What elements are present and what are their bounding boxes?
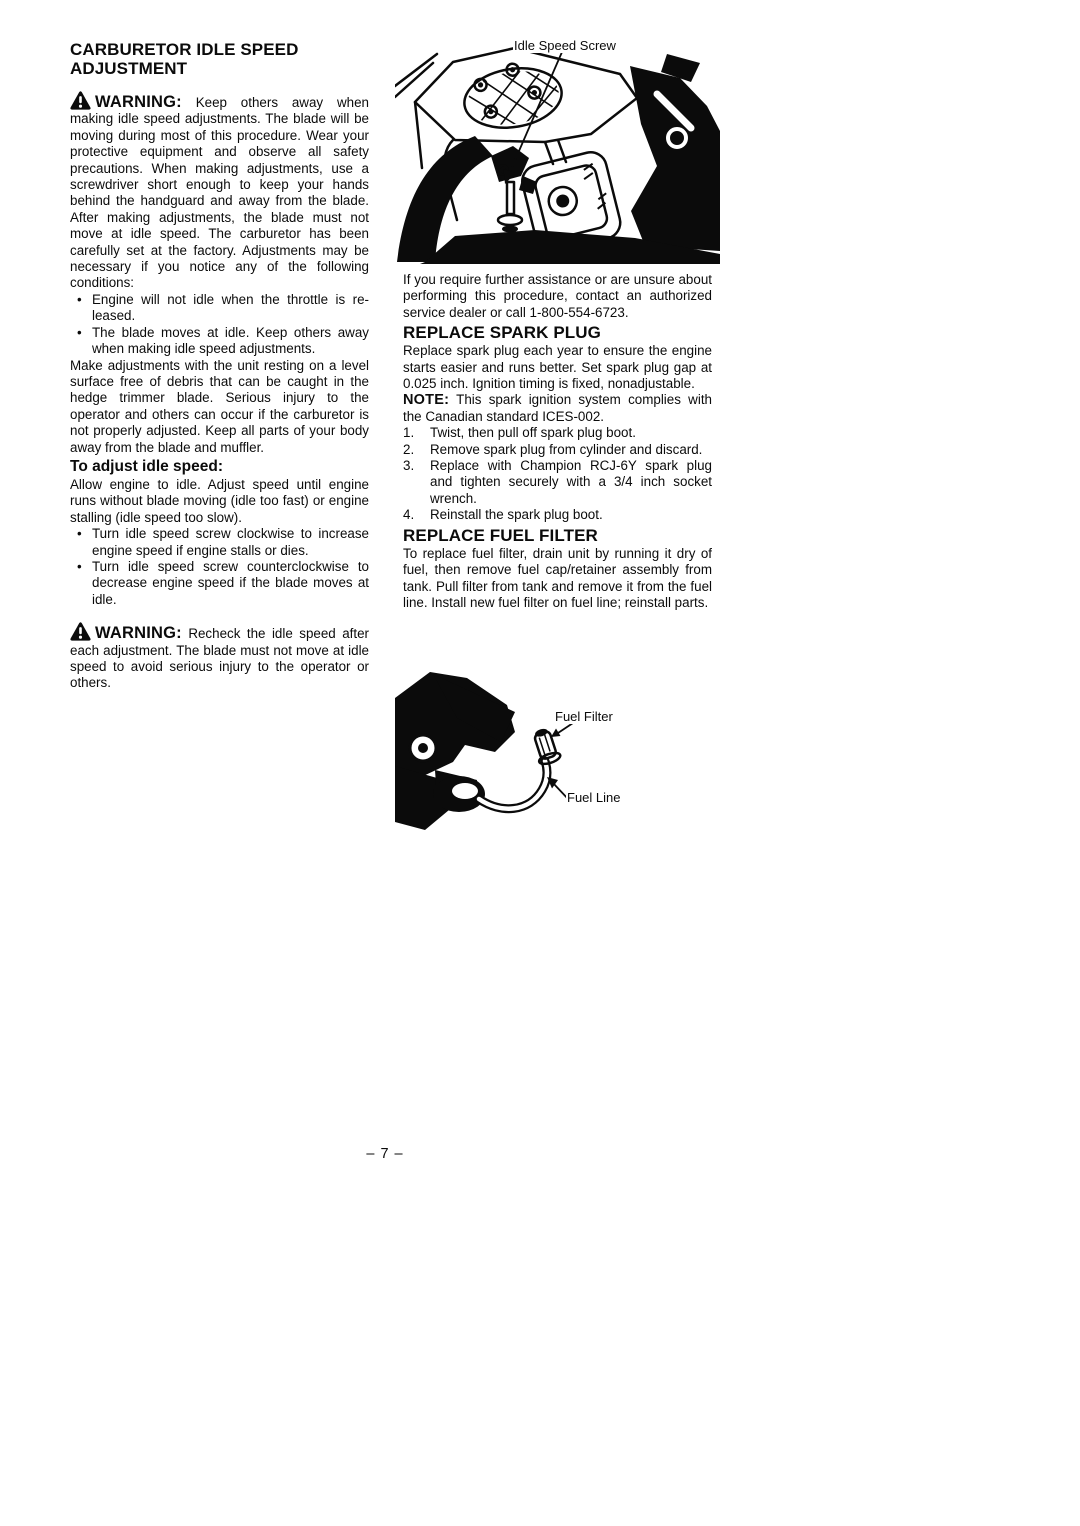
spark-plug-step: 1. Twist, then pull off spark plug boot. — [403, 425, 712, 441]
step-text: Twist, then pull off spark plug boot. — [430, 425, 636, 440]
adjust-step-item: • Turn idle speed screw counterclockwise… — [70, 559, 369, 608]
figure-fuel-filter: Fuel Filter Fuel Line — [395, 660, 725, 850]
bullet-marker: • — [77, 559, 82, 575]
condition-item: • Engine will not idle when the throttle… — [70, 292, 369, 325]
note-label: NOTE: — [403, 392, 449, 408]
manual-page: CARBURETOR IDLE SPEED ADJUSTMENT WARNING… — [0, 0, 1080, 1526]
spark-plug-intro: Replace spark plug each year to ensure t… — [403, 343, 712, 392]
fuel-filter-paragraph: To replace fuel filter, drain unit by ru… — [403, 546, 712, 612]
warning-triangle-icon — [70, 91, 91, 110]
note-text: This spark ignition system complies with… — [403, 392, 712, 423]
warning-label: WARNING: — [95, 93, 182, 111]
subheading-adjust-idle-speed: To adjust idle speed: — [70, 458, 369, 476]
condition-text: Engine will not idle when the throttle i… — [92, 292, 369, 323]
bullet-marker: • — [77, 292, 82, 308]
spark-plug-step: 3. Replace with Champion RCJ-6Y spark pl… — [403, 458, 712, 507]
step-number: 1. — [403, 425, 414, 441]
spark-plug-step: 2. Remove spark plug from cylinder and d… — [403, 442, 712, 458]
assistance-paragraph: If you require further assistance or are… — [403, 272, 712, 321]
step-number: 2. — [403, 442, 414, 458]
warning-label: WARNING: — [95, 624, 182, 642]
step-number: 3. — [403, 458, 414, 474]
warning-paragraph-1: WARNING: Keep others away when making id… — [70, 91, 369, 292]
filter-pointer-line — [558, 723, 573, 733]
adjust-step-text: Turn idle speed screw counterclockwise t… — [92, 559, 369, 607]
step-number: 4. — [403, 507, 414, 523]
adjust-step-text: Turn idle speed screw clockwise to in­cr… — [92, 526, 369, 557]
fuel-system-line-art — [395, 660, 725, 850]
figure1-caption: Idle Speed Screw — [513, 38, 617, 53]
heading-carburetor-idle-speed: CARBURETOR IDLE SPEED ADJUSTMENT — [70, 40, 369, 78]
adjust-intro-paragraph: Allow engine to idle. Adjust speed until… — [70, 477, 369, 526]
spark-plug-step: 4. Reinstall the spark plug boot. — [403, 507, 712, 523]
figure-idle-speed-screw: Idle Speed Screw — [395, 36, 720, 264]
step-text: Remove spark plug from cylinder and dis­… — [430, 442, 702, 457]
adjust-step-item: • Turn idle speed screw clockwise to in­… — [70, 526, 369, 559]
figure2-filter-label: Fuel Filter — [554, 709, 614, 724]
warning-paragraph-2: WARNING: Recheck the idle speed after ea… — [70, 622, 369, 692]
condition-item: • The blade moves at idle. Keep others a… — [70, 325, 369, 358]
bullet-marker: • — [77, 526, 82, 542]
heading-replace-fuel-filter: REPLACE FUEL FILTER — [403, 526, 712, 545]
warning-text: Keep others away when making idle speed … — [70, 95, 369, 290]
right-column: If you require further assistance or are… — [403, 272, 712, 611]
figure2-line-label: Fuel Line — [566, 790, 621, 805]
step-text: Reinstall the spark plug boot. — [430, 507, 603, 522]
make-adjustments-paragraph: Make adjustments with the unit resting o… — [70, 358, 369, 456]
step-text: Replace with Champion RCJ-6Y spark plug … — [430, 458, 712, 506]
left-column: CARBURETOR IDLE SPEED ADJUSTMENT WARNING… — [70, 40, 369, 692]
bullet-marker: • — [77, 325, 82, 341]
note-paragraph: NOTE: This spark ignition system complie… — [403, 392, 712, 425]
warning-triangle-icon — [70, 622, 91, 641]
engine-line-art — [395, 36, 720, 264]
page-number: – 7 – — [340, 1146, 430, 1162]
heading-replace-spark-plug: REPLACE SPARK PLUG — [403, 323, 712, 342]
condition-text: The blade moves at idle. Keep others awa… — [92, 325, 369, 356]
